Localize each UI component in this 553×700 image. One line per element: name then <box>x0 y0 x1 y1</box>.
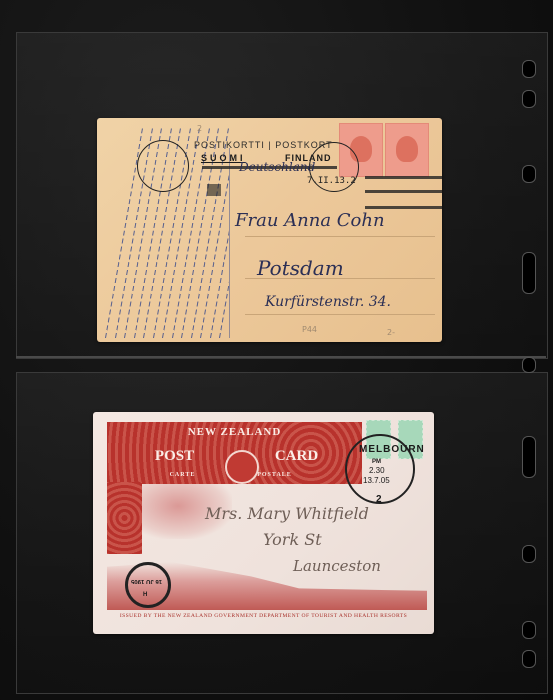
address-line <box>245 314 435 315</box>
postmark-time: PM <box>372 459 381 465</box>
second-postmark-date: 16 JU 1905 <box>131 578 162 584</box>
binder-hole <box>522 60 536 78</box>
crown-crest-icon <box>225 450 259 484</box>
postmark-date: 7.II.13.2 <box>307 176 356 186</box>
binder-hole <box>522 252 536 294</box>
addressee-city: Potsdam <box>257 256 344 280</box>
postmark-city: MELBOURN <box>359 444 425 455</box>
postmark-circle <box>137 140 189 192</box>
destination-country: Deutschland <box>239 160 315 174</box>
pencil-note: 2- <box>387 328 395 337</box>
binder-hole <box>522 165 536 183</box>
cancel-line <box>365 176 442 179</box>
binder-hole <box>522 621 536 639</box>
nz-title-top: NEW ZEALAND <box>107 426 362 438</box>
maori-pattern-banner: NEW ZEALAND POST CARD CARTE POSTALE <box>107 422 362 484</box>
second-postmark <box>125 562 171 608</box>
address-line <box>245 236 435 237</box>
binder-hole <box>522 650 536 668</box>
second-postmark-letter: H <box>143 592 147 598</box>
maori-pattern-column <box>107 482 142 554</box>
postcard-finland[interactable]: POSTIKORTTI | POSTKORT SUOMI FINLAND 7.I… <box>97 118 442 342</box>
lion-stamp-icon <box>385 123 429 177</box>
cancel-mark <box>207 184 221 196</box>
binder-hole <box>522 545 536 563</box>
issuer-footer: ISSUED BY THE NEW ZEALAND GOVERNMENT DEP… <box>93 613 434 619</box>
album-page: POSTIKORTTI | POSTKORT SUOMI FINLAND 7.I… <box>0 0 553 700</box>
address-line <box>245 278 435 279</box>
binder-hole <box>522 90 536 108</box>
postmark-number: 2 <box>376 494 382 505</box>
binder-hole <box>522 436 536 478</box>
cancel-line <box>365 190 442 193</box>
addressee-street: Kurfürstenstr. 34. <box>265 294 391 310</box>
binder-hole <box>522 357 536 373</box>
addressee-name: Mrs. Mary Whitfield <box>205 504 369 523</box>
postmark-clock: 2.30 <box>369 466 385 475</box>
pencil-note: 2 <box>197 124 202 133</box>
card-header: POSTIKORTTI | POSTKORT <box>194 140 333 150</box>
postcard-new-zealand[interactable]: NEW ZEALAND POST CARD CARTE POSTALE MELB… <box>93 412 434 634</box>
addressee-name: Frau Anna Cohn <box>235 210 385 231</box>
addressee-city: Launceston <box>293 557 381 575</box>
sleeve-divider <box>16 356 546 358</box>
postmark-date: 13.7.05 <box>363 476 390 485</box>
cancel-line <box>365 206 442 209</box>
pencil-note: P44 <box>302 325 317 334</box>
card-divider <box>229 148 230 338</box>
addressee-street: York St <box>263 530 322 549</box>
